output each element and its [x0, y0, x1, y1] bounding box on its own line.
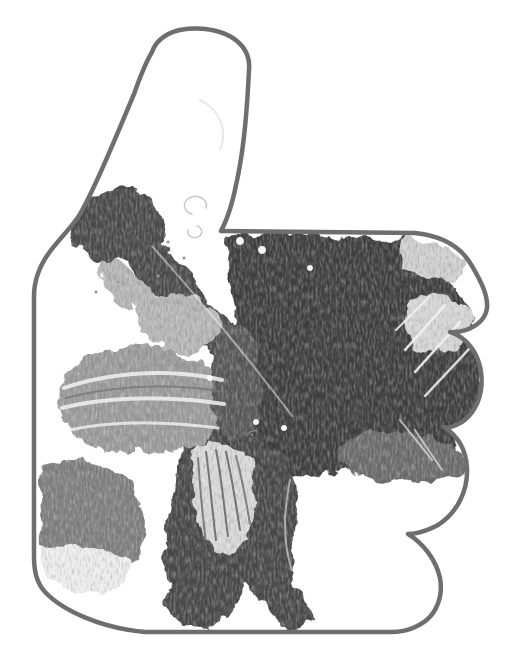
- speck: [157, 275, 160, 278]
- highlight-dot: [216, 244, 222, 250]
- speck: [167, 241, 170, 244]
- speck: [183, 257, 186, 260]
- canvas: [0, 0, 514, 670]
- highlight-dot: [258, 246, 266, 254]
- highlight-dot: [236, 237, 244, 245]
- highlight-dot: [281, 425, 287, 431]
- highlight-dot: [253, 419, 259, 425]
- speck: [95, 291, 98, 294]
- highlight-dot: [307, 265, 313, 271]
- highlight-dot: [159, 341, 165, 347]
- thumbs-up-graphic: [0, 0, 514, 670]
- speck: [117, 281, 120, 284]
- highlight-dot: [207, 375, 213, 381]
